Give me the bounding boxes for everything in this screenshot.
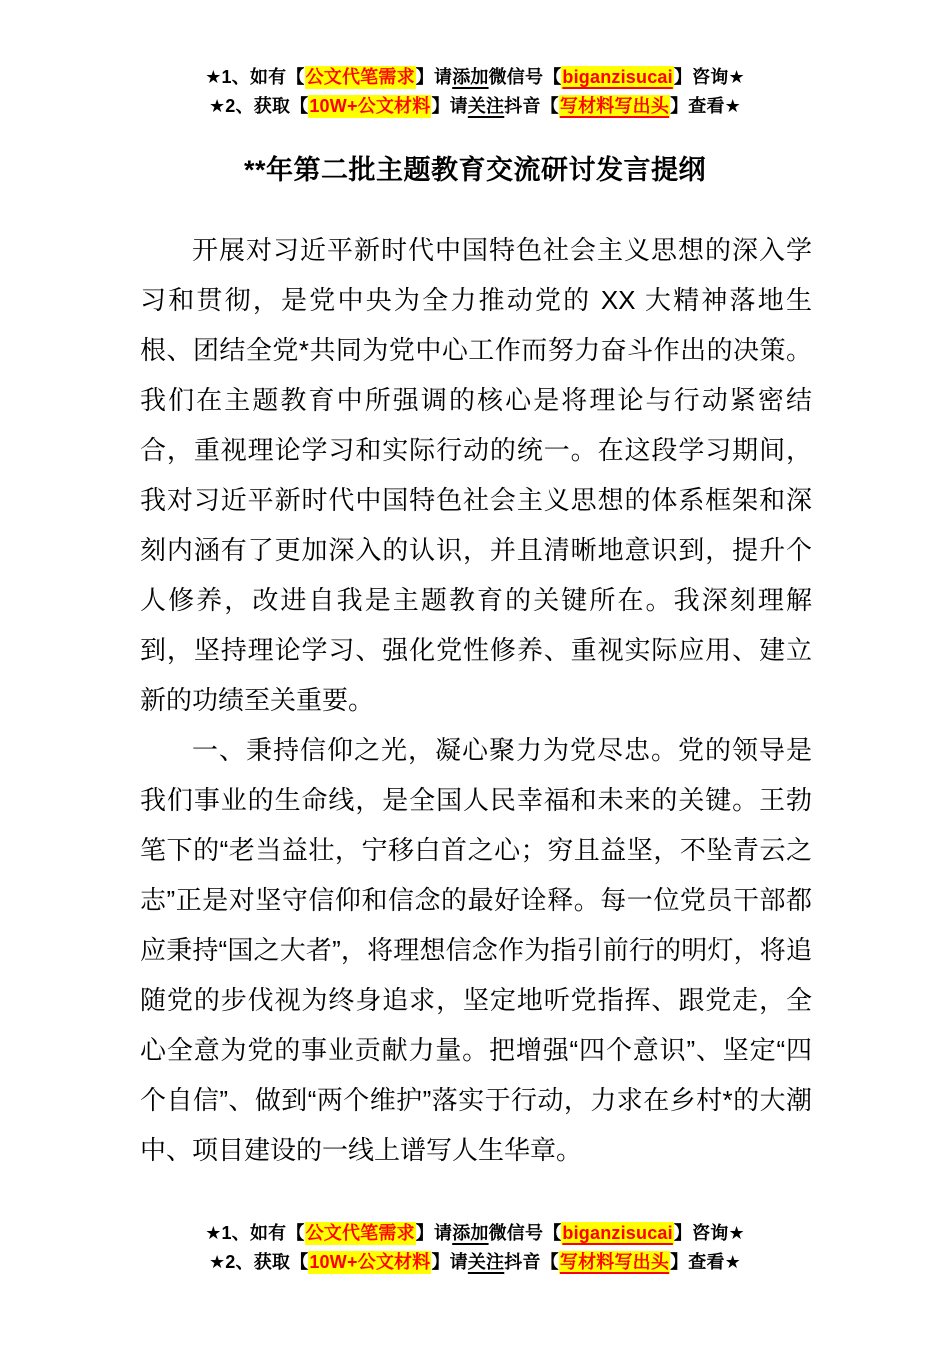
promo-line1-highlight-term: 公文代笔需求 [305,66,416,89]
promo-line2-underline-term: 关注 [468,1252,504,1272]
promo-line1-suffix: 】咨询★ [674,67,745,87]
promo-line1-highlight-term: 公文代笔需求 [305,1222,416,1245]
promo-banner-bottom: ★1、如有【公文代笔需求】请添加微信号【biganzisucai】咨询★ ★2、… [0,1219,950,1347]
promo-line1-underline-term: 添加 [452,67,488,87]
promo-line2-mid2: 抖音【 [504,96,559,116]
promo-line1-mid2: 微信号【 [489,67,562,87]
promo-banner-top: ★1、如有【公文代笔需求】请添加微信号【biganzisucai】咨询★ ★2、… [0,0,950,121]
body-paragraph-1: 开展对习近平新时代中国特色社会主义思想的深入学习和贯彻，是党中央为全力推动党的 … [140,225,812,725]
promo-line1-prefix: ★1、如有【 [205,67,304,87]
promo-line2-douyin-id: 写材料写出头 [559,95,670,118]
promo-line-1: ★1、如有【公文代笔需求】请添加微信号【biganzisucai】咨询★ [0,1219,950,1248]
promo-line-1: ★1、如有【公文代笔需求】请添加微信号【biganzisucai】咨询★ [0,63,950,92]
promo-line2-douyin-id: 写材料写出头 [559,1251,670,1274]
promo-line2-underline-term: 关注 [468,96,504,116]
promo-line2-mid2: 抖音【 [504,1252,559,1272]
promo-line-2: ★2、获取【10W+公文材料】请关注抖音【写材料写出头】查看★ [0,92,950,121]
promo-line1-mid1: 】请 [416,67,452,87]
promo-line2-suffix: 】查看★ [670,1252,741,1272]
promo-line1-suffix: 】咨询★ [674,1223,745,1243]
promo-line1-prefix: ★1、如有【 [205,1223,304,1243]
promo-line2-prefix: ★2、获取【 [209,96,308,116]
promo-line1-wechat-id: biganzisucai [561,66,673,89]
document-page: ★1、如有【公文代笔需求】请添加微信号【biganzisucai】咨询★ ★2、… [0,0,950,1347]
document-title: **年第二批主题教育交流研讨发言提纲 [0,154,950,186]
promo-line-2: ★2、获取【10W+公文材料】请关注抖音【写材料写出头】查看★ [0,1248,950,1277]
promo-line2-mid1: 】请 [431,96,467,116]
promo-line2-prefix: ★2、获取【 [209,1252,308,1272]
promo-line2-highlight-term: 10W+公文材料 [308,95,431,118]
promo-line2-mid1: 】请 [431,1252,467,1272]
promo-line2-highlight-term: 10W+公文材料 [308,1251,431,1274]
body-paragraph-2: 一、秉持信仰之光，凝心聚力为党尽忠。党的领导是我们事业的生命线，是全国人民幸福和… [140,725,812,1175]
promo-line1-mid1: 】请 [416,1223,452,1243]
document-body: 开展对习近平新时代中国特色社会主义思想的深入学习和贯彻，是党中央为全力推动党的 … [140,225,812,1175]
promo-line1-mid2: 微信号【 [489,1223,562,1243]
promo-line1-underline-term: 添加 [452,1223,488,1243]
promo-line1-wechat-id: biganzisucai [561,1222,673,1245]
promo-line2-suffix: 】查看★ [670,96,741,116]
